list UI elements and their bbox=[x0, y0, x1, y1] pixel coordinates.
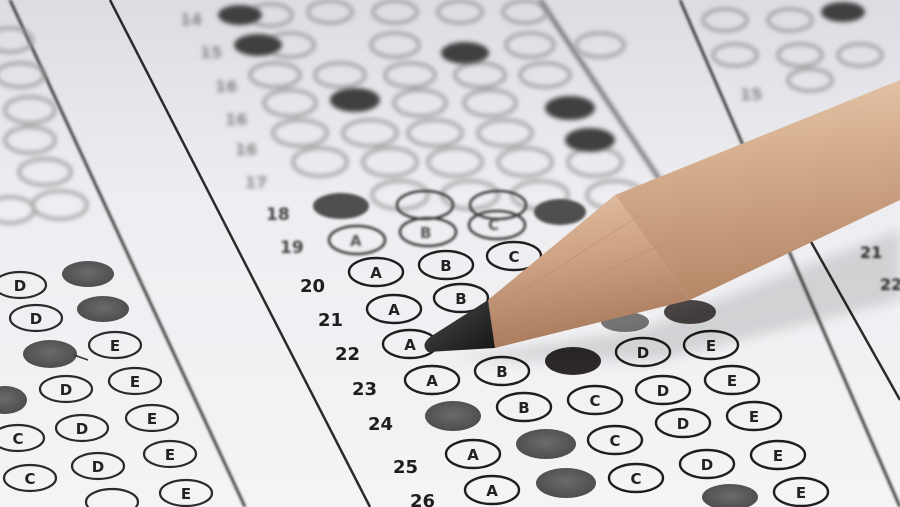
answer-sheet-photo: 141516161617 15 18 19 ABC bbox=[0, 0, 900, 507]
pencil-lead-icon bbox=[424, 300, 495, 352]
pencil bbox=[0, 0, 900, 507]
